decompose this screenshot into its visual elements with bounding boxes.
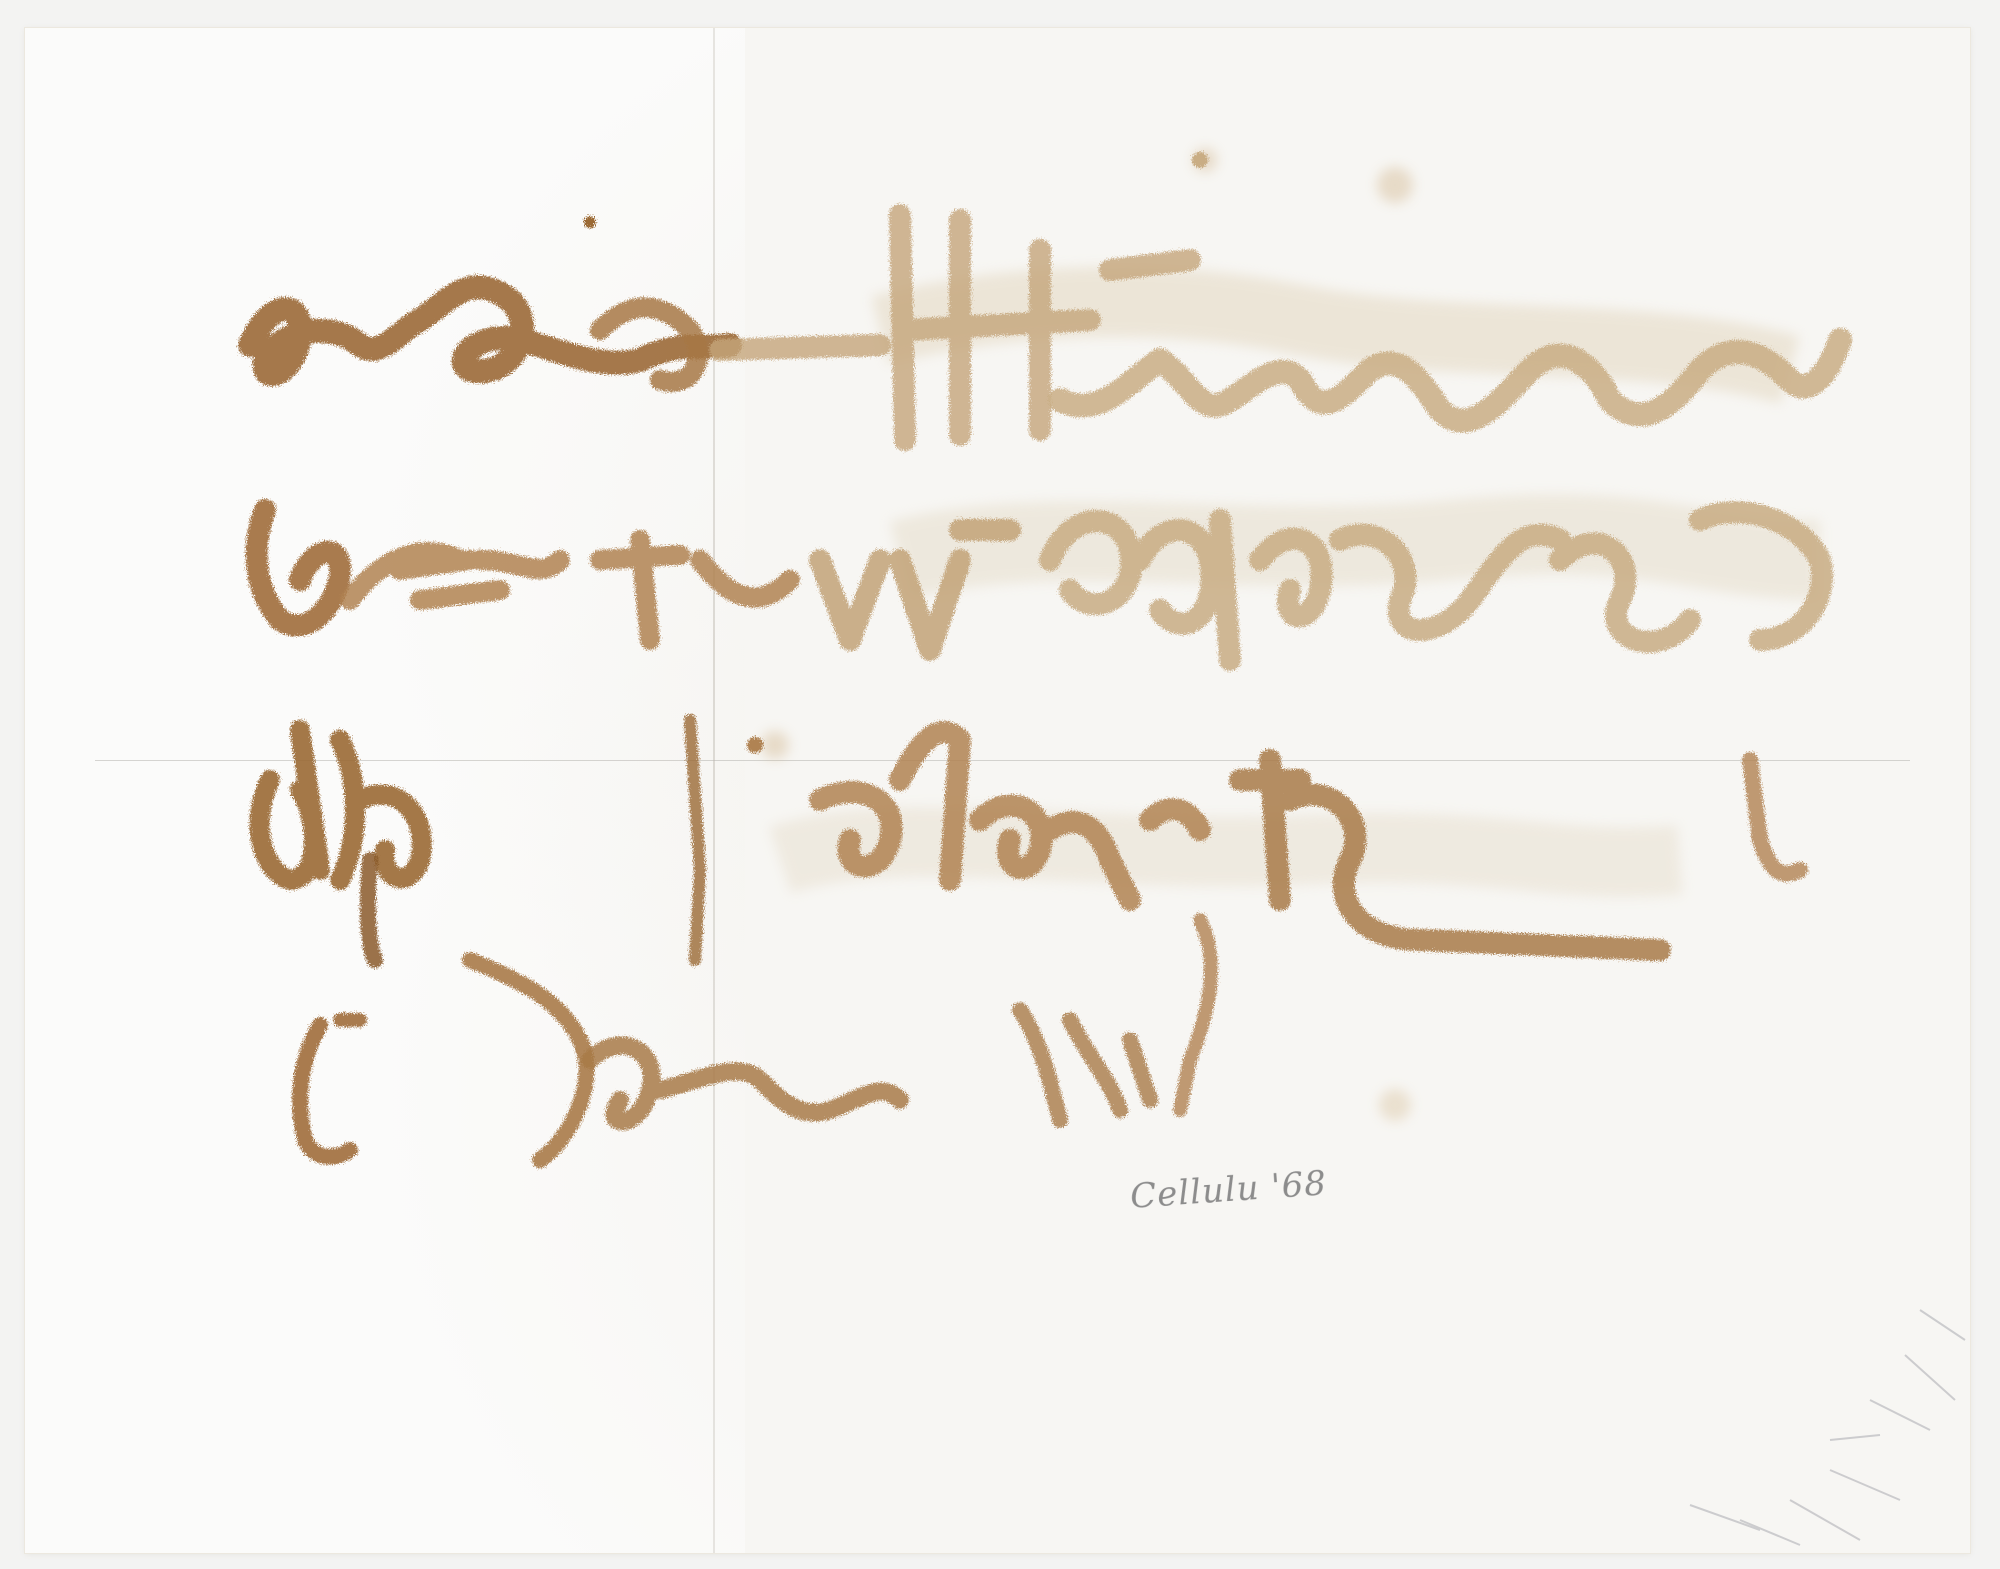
script-line-4	[300, 920, 1211, 1160]
script-line-1	[250, 152, 1840, 440]
pencil-hatching	[1690, 1310, 1965, 1545]
fiber-script-artwork	[0, 0, 2000, 1569]
